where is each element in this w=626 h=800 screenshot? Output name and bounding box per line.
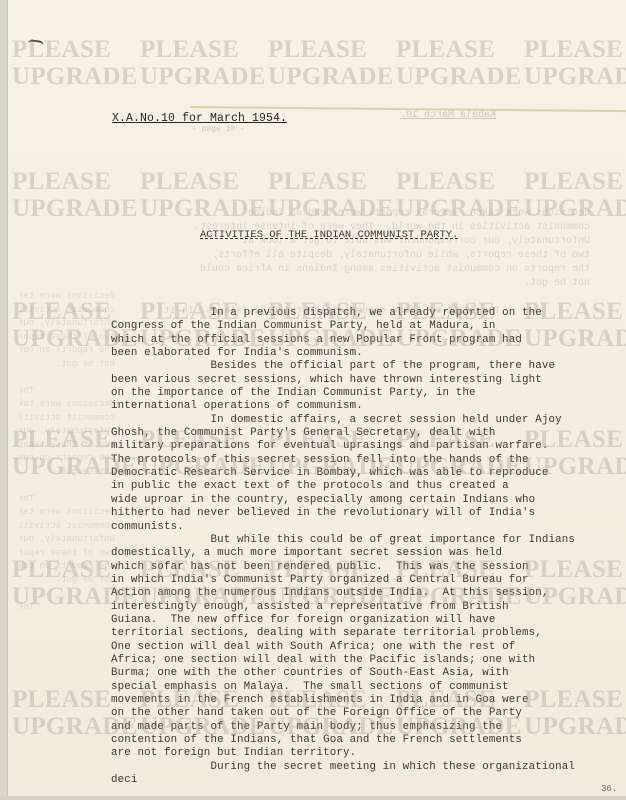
body-line: which at the official sessions a new Pop…	[111, 334, 616, 347]
body-line: One section will deal with South Africa;…	[111, 641, 616, 654]
bleed-through-subheader: - page 10 -	[192, 125, 245, 134]
watermark-row-please: PLEASEPLEASEPLEASEPLEASEPLEASE	[12, 168, 626, 196]
body-line: communists.	[111, 521, 616, 534]
body-line: interestingly enough, assisted a represe…	[111, 601, 616, 614]
body-line: special emphasis on Malaya. The small se…	[111, 681, 616, 694]
document-reference: X.A.No.10 for March 1954.	[112, 112, 287, 125]
watermark-word: UPGRADE	[524, 63, 626, 91]
body-line: In a previous dispatch, we already repor…	[111, 307, 616, 320]
bleed-through-header: Kabaja March 10.	[400, 110, 496, 121]
body-line: on the other hand taken out of the Forei…	[111, 707, 616, 720]
watermark-word: PLEASE	[12, 168, 140, 196]
body-line: Besides the official part of the program…	[111, 360, 616, 373]
watermark-word: PLEASE	[268, 36, 396, 64]
body-line: Ghosh, the Communist Party's General Sec…	[111, 427, 616, 440]
body-line: in public the exact text of the protocol…	[111, 480, 616, 493]
body-line: Democratic Research Service in Bombay, w…	[111, 467, 616, 480]
body-line: which sofar has not been rendered public…	[111, 561, 616, 574]
body-line: But while this could be of great importa…	[111, 534, 616, 547]
watermark-word: PLEASE	[140, 36, 268, 64]
pen-mark	[28, 39, 45, 46]
body-line: international operations of communism.	[111, 400, 616, 413]
body-line: The protocols of this secret session fel…	[111, 454, 616, 467]
watermark-word: PLEASE	[140, 168, 268, 196]
body-line: hitherto had never believed in the revol…	[111, 507, 616, 520]
bleed-through-text: decisions were taken, several reports we…	[170, 207, 590, 319]
body-line: Africa; one section will deal with the P…	[111, 654, 616, 667]
page-number: 36.	[601, 784, 617, 794]
watermark-word: PLEASE	[524, 168, 626, 196]
watermark-word: UPGRADE	[12, 63, 140, 91]
watermark-word: PLEASE	[524, 36, 626, 64]
body-line: been various secret sessions, which have…	[111, 374, 616, 387]
watermark-row-please: PLEASEPLEASEPLEASEPLEASEPLEASE	[12, 36, 626, 64]
bleed-through-margin-text: decisions were taken, several reports we…	[20, 290, 115, 614]
watermark-row-upgrade: UPGRADEUPGRADEUPGRADEUPGRADEUPGRADE	[12, 63, 626, 91]
document-body: In a previous dispatch, we already repor…	[111, 307, 616, 787]
document-title: ACTIVITIES OF THE INDIAN COMMUNIST PARTY…	[200, 229, 458, 241]
body-line: deci	[111, 774, 616, 787]
body-line: and made parts of the Party main body; t…	[111, 721, 616, 734]
watermark-word: UPGRADE	[268, 63, 396, 91]
body-line: domestically, a much more important secr…	[111, 547, 616, 560]
watermark-word: PLEASE	[396, 36, 524, 64]
body-line: in which India's Communist Party organiz…	[111, 574, 616, 587]
body-line: In domestic affairs, a secret session he…	[111, 414, 616, 427]
body-line: been elaborated for India's communism.	[111, 347, 616, 360]
body-line: movements in the French establishments i…	[111, 694, 616, 707]
body-line: military preparations for eventual upras…	[111, 440, 616, 453]
watermark-word: UPGRADE	[12, 195, 140, 223]
body-line: on the importance of the Indian Communis…	[111, 387, 616, 400]
body-line: Guiana. The new office for foreign organ…	[111, 614, 616, 627]
document-page: Kabaja March 10. - page 10 - decisions w…	[0, 0, 626, 800]
body-line: During the secret meeting in which these…	[111, 761, 616, 774]
watermark-word: PLEASE	[268, 168, 396, 196]
body-line: contention of the Indians, that Goa and …	[111, 734, 616, 747]
body-line: are not foreign but Indian territory.	[111, 747, 616, 760]
body-line: wide uproar in the country, especially a…	[111, 494, 616, 507]
page-bottom-edge	[0, 796, 626, 800]
watermark-word: PLEASE	[396, 168, 524, 196]
body-line: Congress of the Indian Communist Party, …	[111, 320, 616, 333]
body-line: Burma; one with the other countries of S…	[111, 667, 616, 680]
body-line: territorial sections, dealing with separ…	[111, 627, 616, 640]
watermark-word: UPGRADE	[140, 63, 268, 91]
watermark-word: UPGRADE	[396, 63, 524, 91]
body-line: Action among the numerous Indians outsid…	[111, 587, 616, 600]
page-left-edge	[0, 0, 8, 800]
